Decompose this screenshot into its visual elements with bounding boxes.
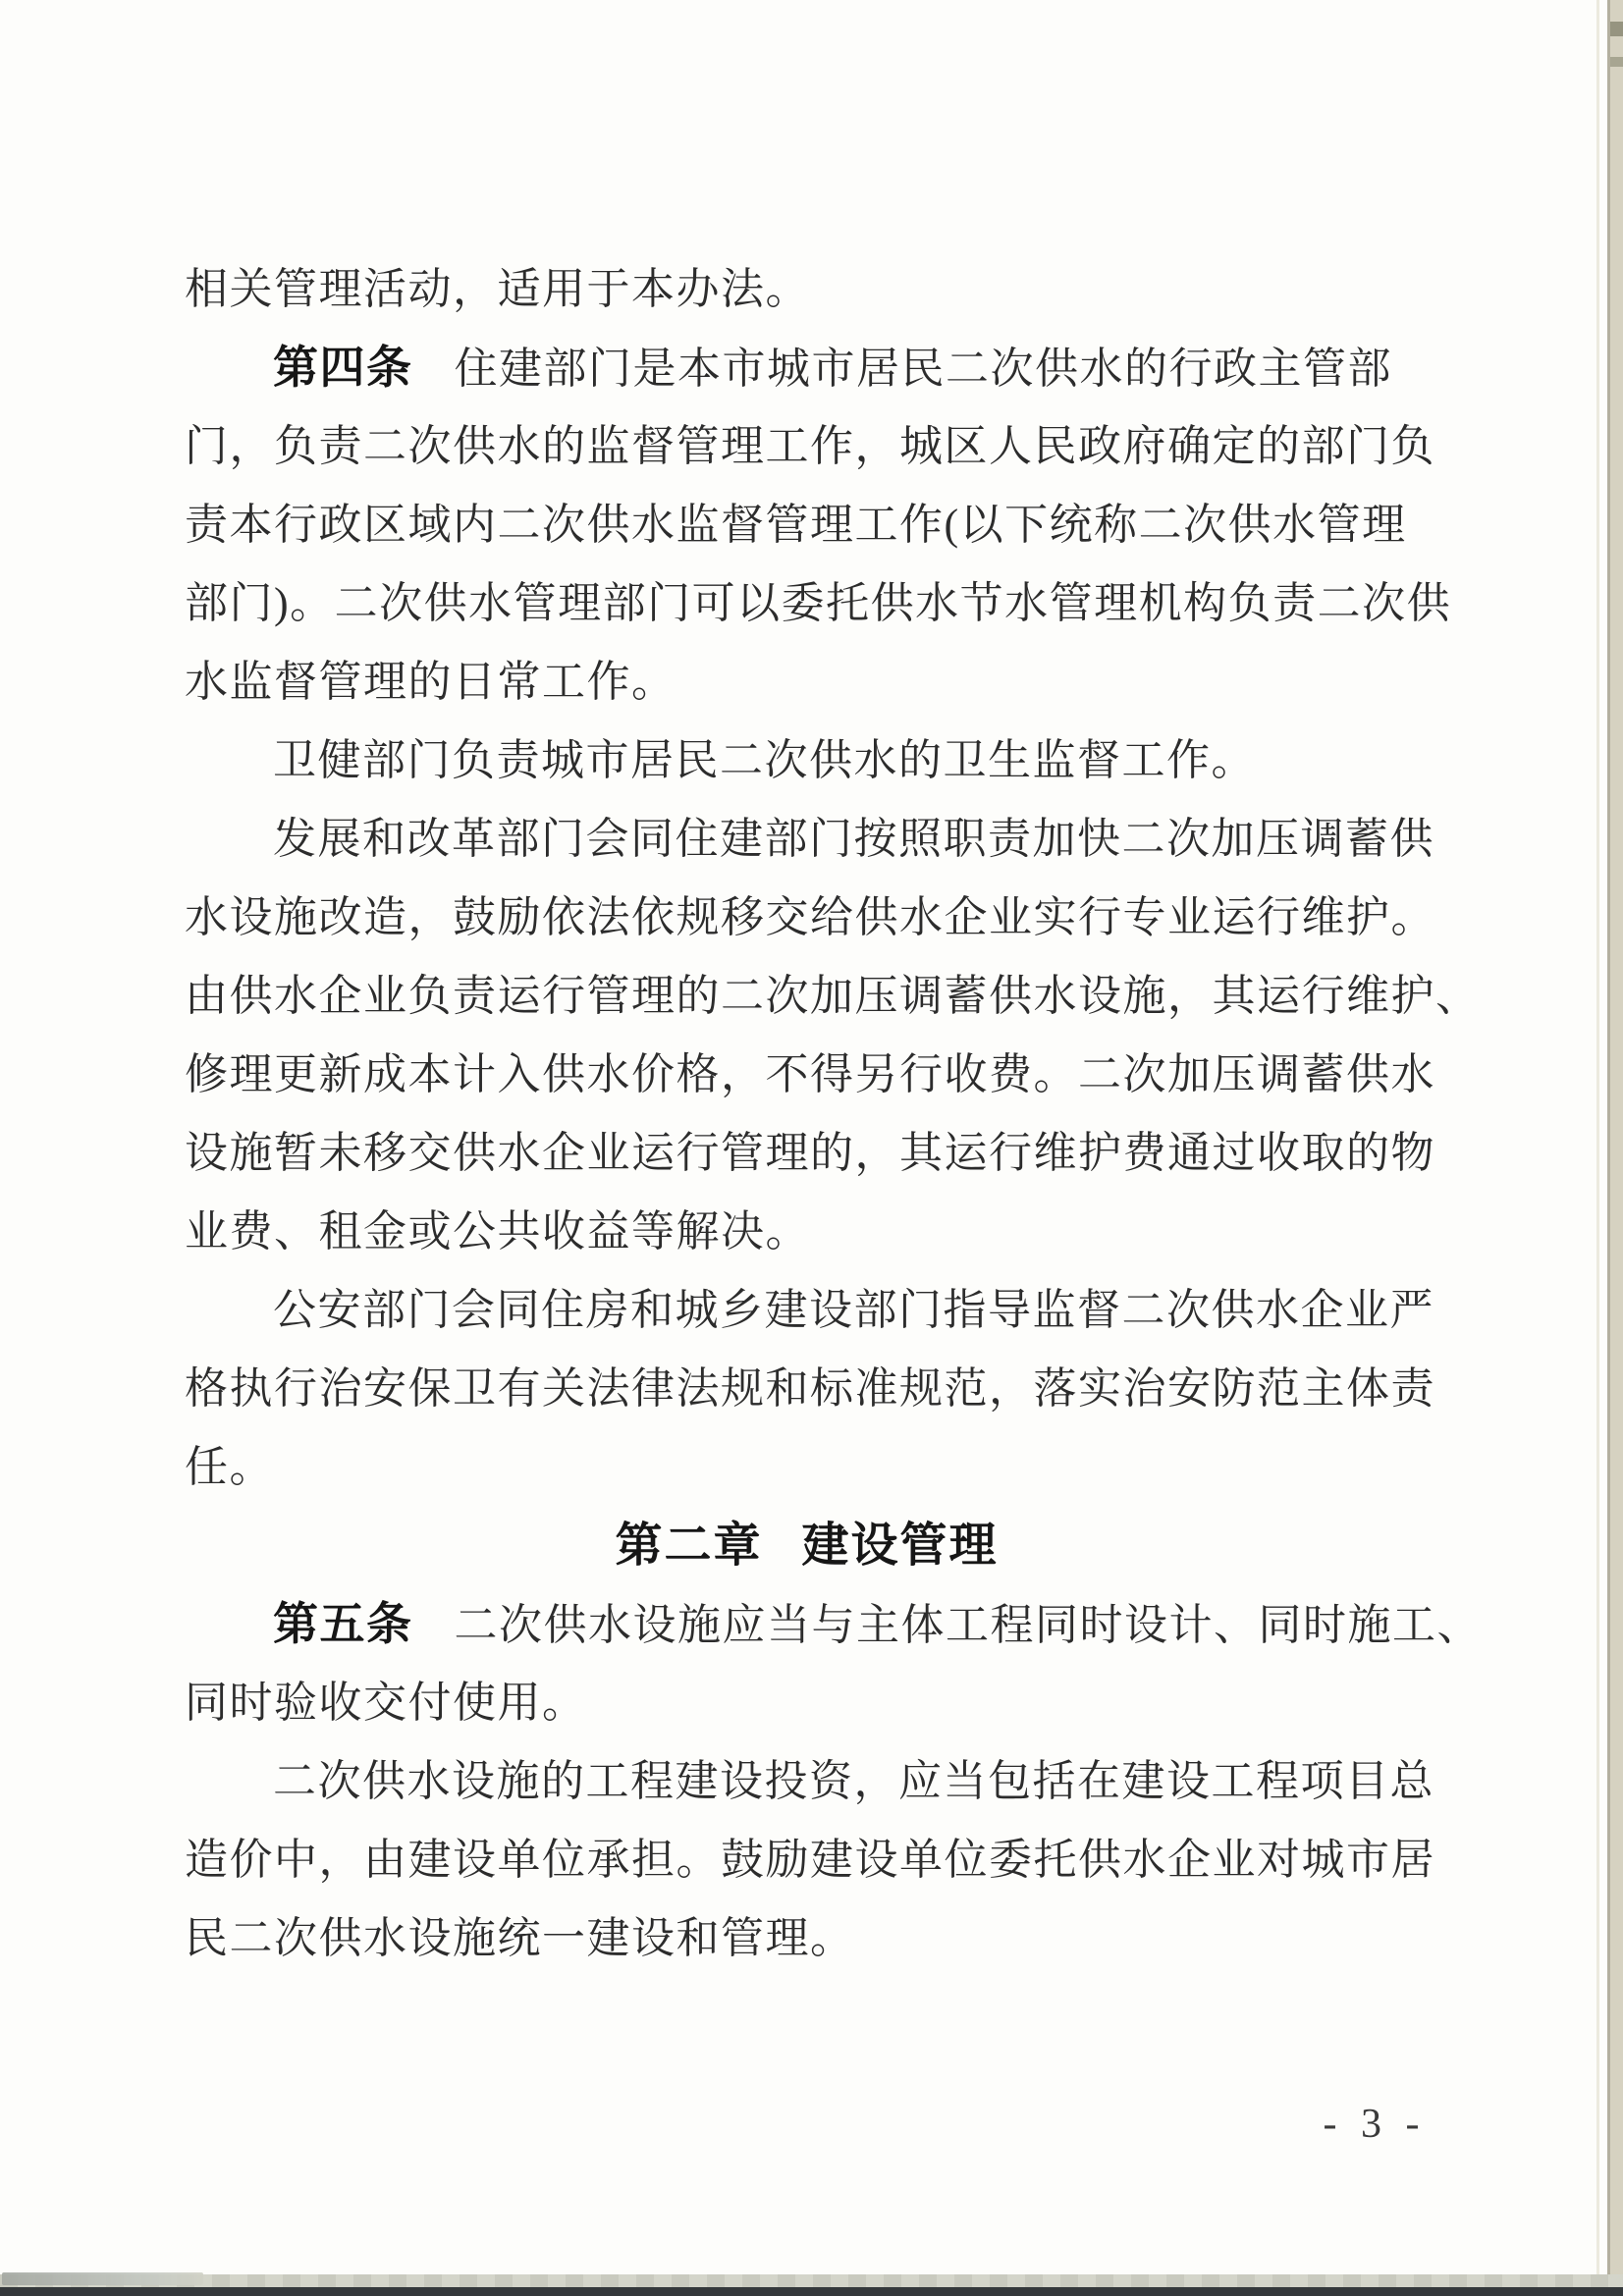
line-text: 二次供水设施应当与主体工程同时设计、同时施工、 [455, 1601, 1483, 1649]
line-text: 任。 [185, 1443, 274, 1491]
text-line: 任。 [185, 1443, 274, 1492]
text-line: 发展和改革部门会同住建部门按照职责加快二次加压调蓄供 [273, 815, 1434, 864]
line-text: 建设管理 [802, 1520, 999, 1572]
scan-edge-speck [1610, 22, 1623, 36]
page-number: - 3 - [1306, 2101, 1443, 2148]
line-text: 门，负责二次供水的监督管理工作，城区人民政府确定的部门负 [185, 422, 1435, 470]
scan-corner-smudge [2, 2272, 203, 2285]
scan-right-faint-line [1596, 0, 1599, 2296]
text-line: 由供水企业负责运行管理的二次加压调蓄供水设施，其运行维护、 [185, 972, 1481, 1021]
scan-bottom-edge-band [0, 2274, 1623, 2287]
text-line: 民二次供水设施统一建设和管理。 [185, 1914, 855, 1963]
text-line: 相关管理活动，适用于本办法。 [185, 265, 810, 314]
text-line: 造价中，由建设单位承担。鼓励建设单位委托供水企业对城市居 [185, 1836, 1435, 1885]
article-number: 第四条 [273, 343, 413, 393]
text-line: 同时验收交付使用。 [185, 1679, 587, 1728]
text-line: 门，负责二次供水的监督管理工作，城区人民政府确定的部门负 [185, 422, 1435, 471]
line-text: 相关管理活动，适用于本办法。 [185, 265, 810, 313]
line-text: 卫健部门负责城市居民二次供水的卫生监督工作。 [273, 736, 1256, 784]
text-line: 部门)。二次供水管理部门可以委托供水节水管理机构负责二次供 [185, 579, 1451, 628]
line-text: 格执行治安保卫有关法律法规和标准规范，落实治安防范主体责 [185, 1364, 1435, 1413]
chapter-number: 第二章 [615, 1520, 762, 1572]
text-line: 修理更新成本计入供水价格，不得另行收费。二次加压调蓄供水 [185, 1050, 1435, 1099]
text-line: 第四条住建部门是本市城市居民二次供水的行政主管部 [273, 344, 1392, 394]
scanned-document-page: 相关管理活动，适用于本办法。第四条住建部门是本市城市居民二次供水的行政主管部门，… [0, 0, 1623, 2296]
line-text: 公安部门会同住房和城乡建设部门指导监督二次供水企业严 [273, 1286, 1434, 1334]
line-text: 责本行政区域内二次供水监督管理工作(以下统称二次供水管理 [185, 501, 1407, 549]
text-line: 设施暂未移交供水企业运行管理的，其运行维护费通过收取的物 [185, 1129, 1435, 1178]
line-text: 民二次供水设施统一建设和管理。 [185, 1914, 855, 1962]
text-line: 第五条二次供水设施应当与主体工程同时设计、同时施工、 [273, 1600, 1482, 1650]
line-text: 二次供水设施的工程建设投资，应当包括在建设工程项目总 [273, 1757, 1434, 1805]
scan-bottom-dark-strip [0, 2287, 1623, 2296]
line-text: 水设施改造，鼓励依法依规移交给供水企业实行专业运行维护。 [185, 893, 1435, 941]
line-text: 同时验收交付使用。 [185, 1679, 587, 1727]
text-line: 二次供水设施的工程建设投资，应当包括在建设工程项目总 [273, 1757, 1434, 1806]
text-line: 水设施改造，鼓励依法依规移交给供水企业实行专业运行维护。 [185, 893, 1435, 942]
line-text: 修理更新成本计入供水价格，不得另行收费。二次加压调蓄供水 [185, 1050, 1435, 1098]
text-line: 格执行治安保卫有关法律法规和标准规范，落实治安防范主体责 [185, 1364, 1435, 1414]
text-line: 公安部门会同住房和城乡建设部门指导监督二次供水企业严 [273, 1286, 1434, 1335]
line-text: 设施暂未移交供水企业运行管理的，其运行维护费通过收取的物 [185, 1129, 1435, 1177]
line-text: 住建部门是本市城市居民二次供水的行政主管部 [455, 345, 1393, 393]
text-line: 水监督管理的日常工作。 [185, 658, 676, 707]
scan-edge-speck [1610, 57, 1623, 67]
text-line: 责本行政区域内二次供水监督管理工作(以下统称二次供水管理 [185, 501, 1407, 550]
article-number: 第五条 [273, 1599, 413, 1649]
line-text: 造价中，由建设单位承担。鼓励建设单位委托供水企业对城市居 [185, 1836, 1435, 1884]
chapter-heading: 第二章建设管理 [185, 1522, 1429, 1571]
line-text: 部门)。二次供水管理部门可以委托供水节水管理机构负责二次供 [185, 579, 1451, 627]
text-line: 业费、租金或公共收益等解决。 [185, 1207, 810, 1256]
text-line: 卫健部门负责城市居民二次供水的卫生监督工作。 [273, 736, 1256, 785]
line-text: 发展和改革部门会同住建部门按照职责加快二次加压调蓄供 [273, 815, 1434, 863]
line-text: 水监督管理的日常工作。 [185, 658, 676, 706]
line-text: 业费、租金或公共收益等解决。 [185, 1207, 810, 1255]
scan-right-edge-band [1607, 0, 1623, 2296]
line-text: 由供水企业负责运行管理的二次加压调蓄供水设施，其运行维护、 [185, 972, 1481, 1020]
